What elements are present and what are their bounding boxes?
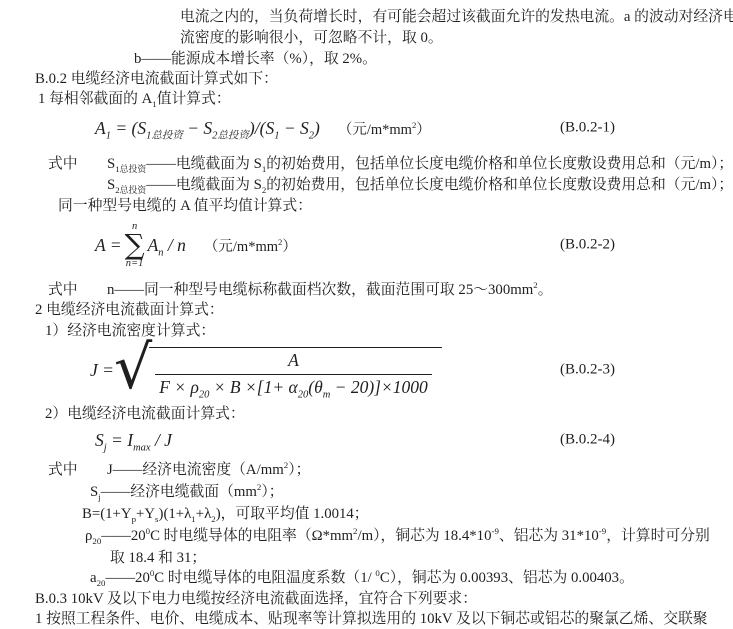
definition-b-growth-rate: b——能源成本增长率（%），取 2%。 [134, 50, 377, 69]
formula-b02-2: A = n ∑ n=1 An / n （元/m*mm2） (B.0.2-2) [0, 214, 733, 276]
sigma-icon: ∑ [125, 232, 145, 258]
formula-lhs: J = [90, 360, 114, 381]
formula-b02-3: J = √ A F × ρ20 × B ×[1+ α20(θm − 20)]×1… [0, 335, 733, 405]
formula-unit: （元/m*mm2） [204, 235, 297, 256]
document-page: 电流之内的，当负荷增长时，有可能会超过该截面允许的发热电流。a 的波动对经济电 … [0, 0, 733, 629]
formula-rhs: An / n [148, 235, 186, 256]
fraction: A F × ρ20 × B ×[1+ α20(θm − 20)]×1000 [155, 350, 432, 398]
radical-sign: √ [114, 343, 152, 393]
equation-label: (B.0.2-4) [560, 432, 615, 449]
formula-unit: （元/m*mm2） [338, 118, 431, 139]
equation-label: (B.0.2-2) [560, 237, 615, 254]
equation-label: (B.0.2-3) [560, 362, 615, 379]
formula-lhs: A = [95, 235, 122, 256]
formula-notes-line-n: 式中n——同一种型号电缆标称截面档次数，截面范围可取 25～300mm2。 [48, 281, 553, 300]
formula-b02-4: Sj = Imax / J (B.0.2-4) [0, 420, 733, 460]
shizhong-label: 式中 [48, 155, 107, 174]
formula-notes-line-j: 式中J——经济电流密度（A/mm2）； [48, 461, 310, 480]
fraction-denominator: F × ρ20 × B ×[1+ α20(θm − 20)]×1000 [155, 374, 432, 398]
square-root: √ A F × ρ20 × B ×[1+ α20(θm − 20)]×1000 [114, 340, 442, 400]
shizhong-label: 式中 [48, 461, 107, 480]
formula-b02-1: A1 = (S1总投资 − S2总投资)/(S1 − S2) （元/m*mm2）… [0, 108, 733, 148]
summation-lower-limit: n=1 [126, 258, 144, 269]
paragraph-continuation-line-2: 流密度的影响很小，可忽略不计，取 0。 [180, 29, 443, 48]
equation-label: (B.0.2-1) [560, 120, 615, 137]
item-1-adjacent-section: 1 每相邻截面的 A1值计算式： [38, 90, 231, 109]
formula-notes-line-s1: 式中S1总投资——电缆截面为 S1的初始费用，包括单位长度电缆价格和单位长度敷设… [48, 155, 733, 174]
definition-a20: a20——200C 时电缆导体的电阻温度系数（1/ 0C），铜芯为 0.0039… [90, 569, 634, 588]
section-heading-b02: B.0.2 电缆经济电流截面计算式如下： [35, 70, 278, 89]
definition-s2: S2总投资——电缆截面为 S2的初始费用，包括单位长度电缆价格和单位长度敷设费用… [107, 176, 733, 195]
paragraph-continuation-line-1: 电流之内的，当负荷增长时，有可能会超过该截面允许的发热电流。a 的波动对经济电 [180, 8, 733, 27]
definition-rho20-continued: 取 18.4 和 31； [110, 549, 206, 568]
shizhong-label: 式中 [48, 281, 107, 300]
definition-s1: S1总投资——电缆截面为 S1的初始费用，包括单位长度电缆价格和单位长度敷设费用… [107, 156, 733, 172]
formula-expression: Sj = Imax / J [95, 430, 172, 451]
definition-sj: Sj——经济电缆截面（mm2）； [90, 483, 284, 502]
definition-n: n——同一种型号电缆标称截面档次数，截面范围可取 25～300mm2。 [107, 282, 553, 298]
fraction-numerator: A [155, 350, 432, 374]
definition-j: J——经济电流密度（A/mm2）； [107, 462, 310, 478]
definition-b-coefficient: B=(1+Yp+Ys)(1+λ1+λ2)，可取平均值 1.0014； [82, 505, 369, 524]
item-2-economic-section: 2 电缆经济电流截面计算式： [35, 301, 224, 320]
section-heading-b03: B.0.3 10kV 及以下电力电缆按经济电流截面选择，宜符合下列要求： [35, 590, 477, 609]
definition-rho20: ρ20——200C 时电缆导体的电阻率（Ω*mm2/m），铜芯为 18.4*10… [85, 527, 710, 546]
summation-symbol: n ∑ n=1 [125, 222, 145, 269]
item-1-engineering-conditions: 1 按照工程条件、电价、电缆成本、贴现率等计算拟选用的 10kV 及以下铜芯或铝… [35, 610, 708, 629]
formula-expression: A1 = (S1总投资 − S2总投资)/(S1 − S2) [95, 118, 320, 139]
